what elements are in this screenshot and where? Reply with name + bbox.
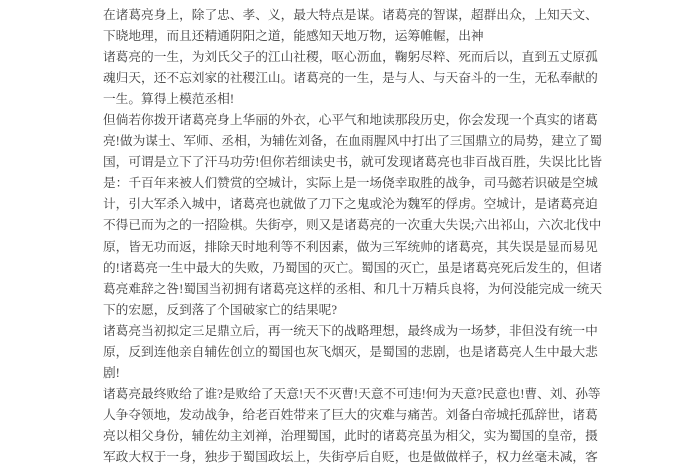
text-line: 诸葛亮当初拟定三足鼎立后，再一统天下的战略理想，最终成为一场梦，非但没有统一中 bbox=[103, 321, 603, 342]
text-line: 的!诸葛亮一生中最大的失败，乃蜀国的灭亡。蜀国的灭亡，虽是诸葛亮死后发生的，但诸 bbox=[103, 258, 603, 279]
article-text: 在诸葛亮身上，除了忠、孝、义，最大特点是谋。诸葛亮的智谋，超群出众，上知天文、下… bbox=[103, 5, 603, 468]
paragraph: 诸葛亮最终败给了谁?是败给了天意!天不灭曹!天意不可违!何为天意?民意也!曹、刘… bbox=[103, 384, 603, 468]
text-line: 军政大权于一身，独步于蜀国政坛上，失街亭后自贬，也是做做样子，权力丝毫未减，客 bbox=[103, 447, 603, 468]
paragraph: 但倘若你拨开诸葛亮身上华丽的外衣，心平气和地读那段历史，你会发现一个真实的诸葛亮… bbox=[103, 110, 603, 320]
text-line: 计，引大军杀入城中，诸葛亮也就做了刀下之鬼或沦为魏军的俘虏。空城计，是诸葛亮迫 bbox=[103, 194, 603, 215]
text-line: 不得已而为之的一招险棋。失街亭，则又是诸葛亮的一次重大失误;六出祁山，六次北伐中 bbox=[103, 215, 603, 236]
text-line: 亮!做为谋士、军师、丞相，为辅佐刘备，在血雨腥风中打出了三国鼎立的局势，建立了蜀 bbox=[103, 131, 603, 152]
text-line: 在诸葛亮身上，除了忠、孝、义，最大特点是谋。诸葛亮的智谋，超群出众，上知天文、 bbox=[103, 5, 603, 26]
text-line: 但倘若你拨开诸葛亮身上华丽的外衣，心平气和地读那段历史，你会发现一个真实的诸葛 bbox=[103, 110, 603, 131]
text-line: 诸葛亮最终败给了谁?是败给了天意!天不灭曹!天意不可违!何为天意?民意也!曹、刘… bbox=[103, 384, 603, 405]
text-line: 剧! bbox=[103, 363, 603, 384]
text-line: 人争夺领地，发动战争，给老百姓带来了巨大的灾难与痛苦。刘备白帝城托孤辞世，诸葛 bbox=[103, 405, 603, 426]
document-page: 在诸葛亮身上，除了忠、孝、义，最大特点是谋。诸葛亮的智谋，超群出众，上知天文、下… bbox=[0, 0, 700, 470]
text-line: 是：千百年来被人们赞赏的空城计，实际上是一场侥幸取胜的战争，司马懿若识破是空城 bbox=[103, 173, 603, 194]
paragraph: 诸葛亮的一生，为刘氏父子的江山社稷，呕心沥血，鞠躬尽粹、死而后以，直到五丈原孤魂… bbox=[103, 47, 603, 110]
text-line: 亮以相父身份，辅佐幼主刘禅，治理蜀国，此时的诸葛亮虽为相父，实为蜀国的皇帝，摄 bbox=[103, 426, 603, 447]
text-line: 葛亮难辞之咎!蜀国当初拥有诸葛亮这样的丞相、和几十万精兵良将，为何没能完成一统天 bbox=[103, 279, 603, 300]
text-line: 下晓地理，而且还精通阴阳之道，能感知天地万物，运筹帷幄，出神 bbox=[103, 26, 603, 47]
text-line: 一生。算得上模范丞相! bbox=[103, 89, 603, 110]
text-line: 下的宏愿，反到落了个国破家亡的结果呢? bbox=[103, 300, 603, 321]
text-line: 原，皆无功而返，排除天时地利等不利因素，做为三军统帅的诸葛亮，其失误是显而易见 bbox=[103, 237, 603, 258]
paragraph: 诸葛亮当初拟定三足鼎立后，再一统天下的战略理想，最终成为一场梦，非但没有统一中原… bbox=[103, 321, 603, 384]
paragraph: 在诸葛亮身上，除了忠、孝、义，最大特点是谋。诸葛亮的智谋，超群出众，上知天文、下… bbox=[103, 5, 603, 47]
text-line: 魂归天，还不忘刘家的社稷江山。诸葛亮的一生，是与人、与天奋斗的一生，无私奉献的 bbox=[103, 68, 603, 89]
text-line: 诸葛亮的一生，为刘氏父子的江山社稷，呕心沥血，鞠躬尽粹、死而后以，直到五丈原孤 bbox=[103, 47, 603, 68]
text-line: 国，可谓是立下了汗马功劳!但你若细读史书，就可发现诸葛亮也非百战百胜，失误比比皆 bbox=[103, 152, 603, 173]
text-line: 原，反到连他亲自辅佐创立的蜀国也灰飞烟灭，是蜀国的悲剧，也是诸葛亮人生中最大悲 bbox=[103, 342, 603, 363]
